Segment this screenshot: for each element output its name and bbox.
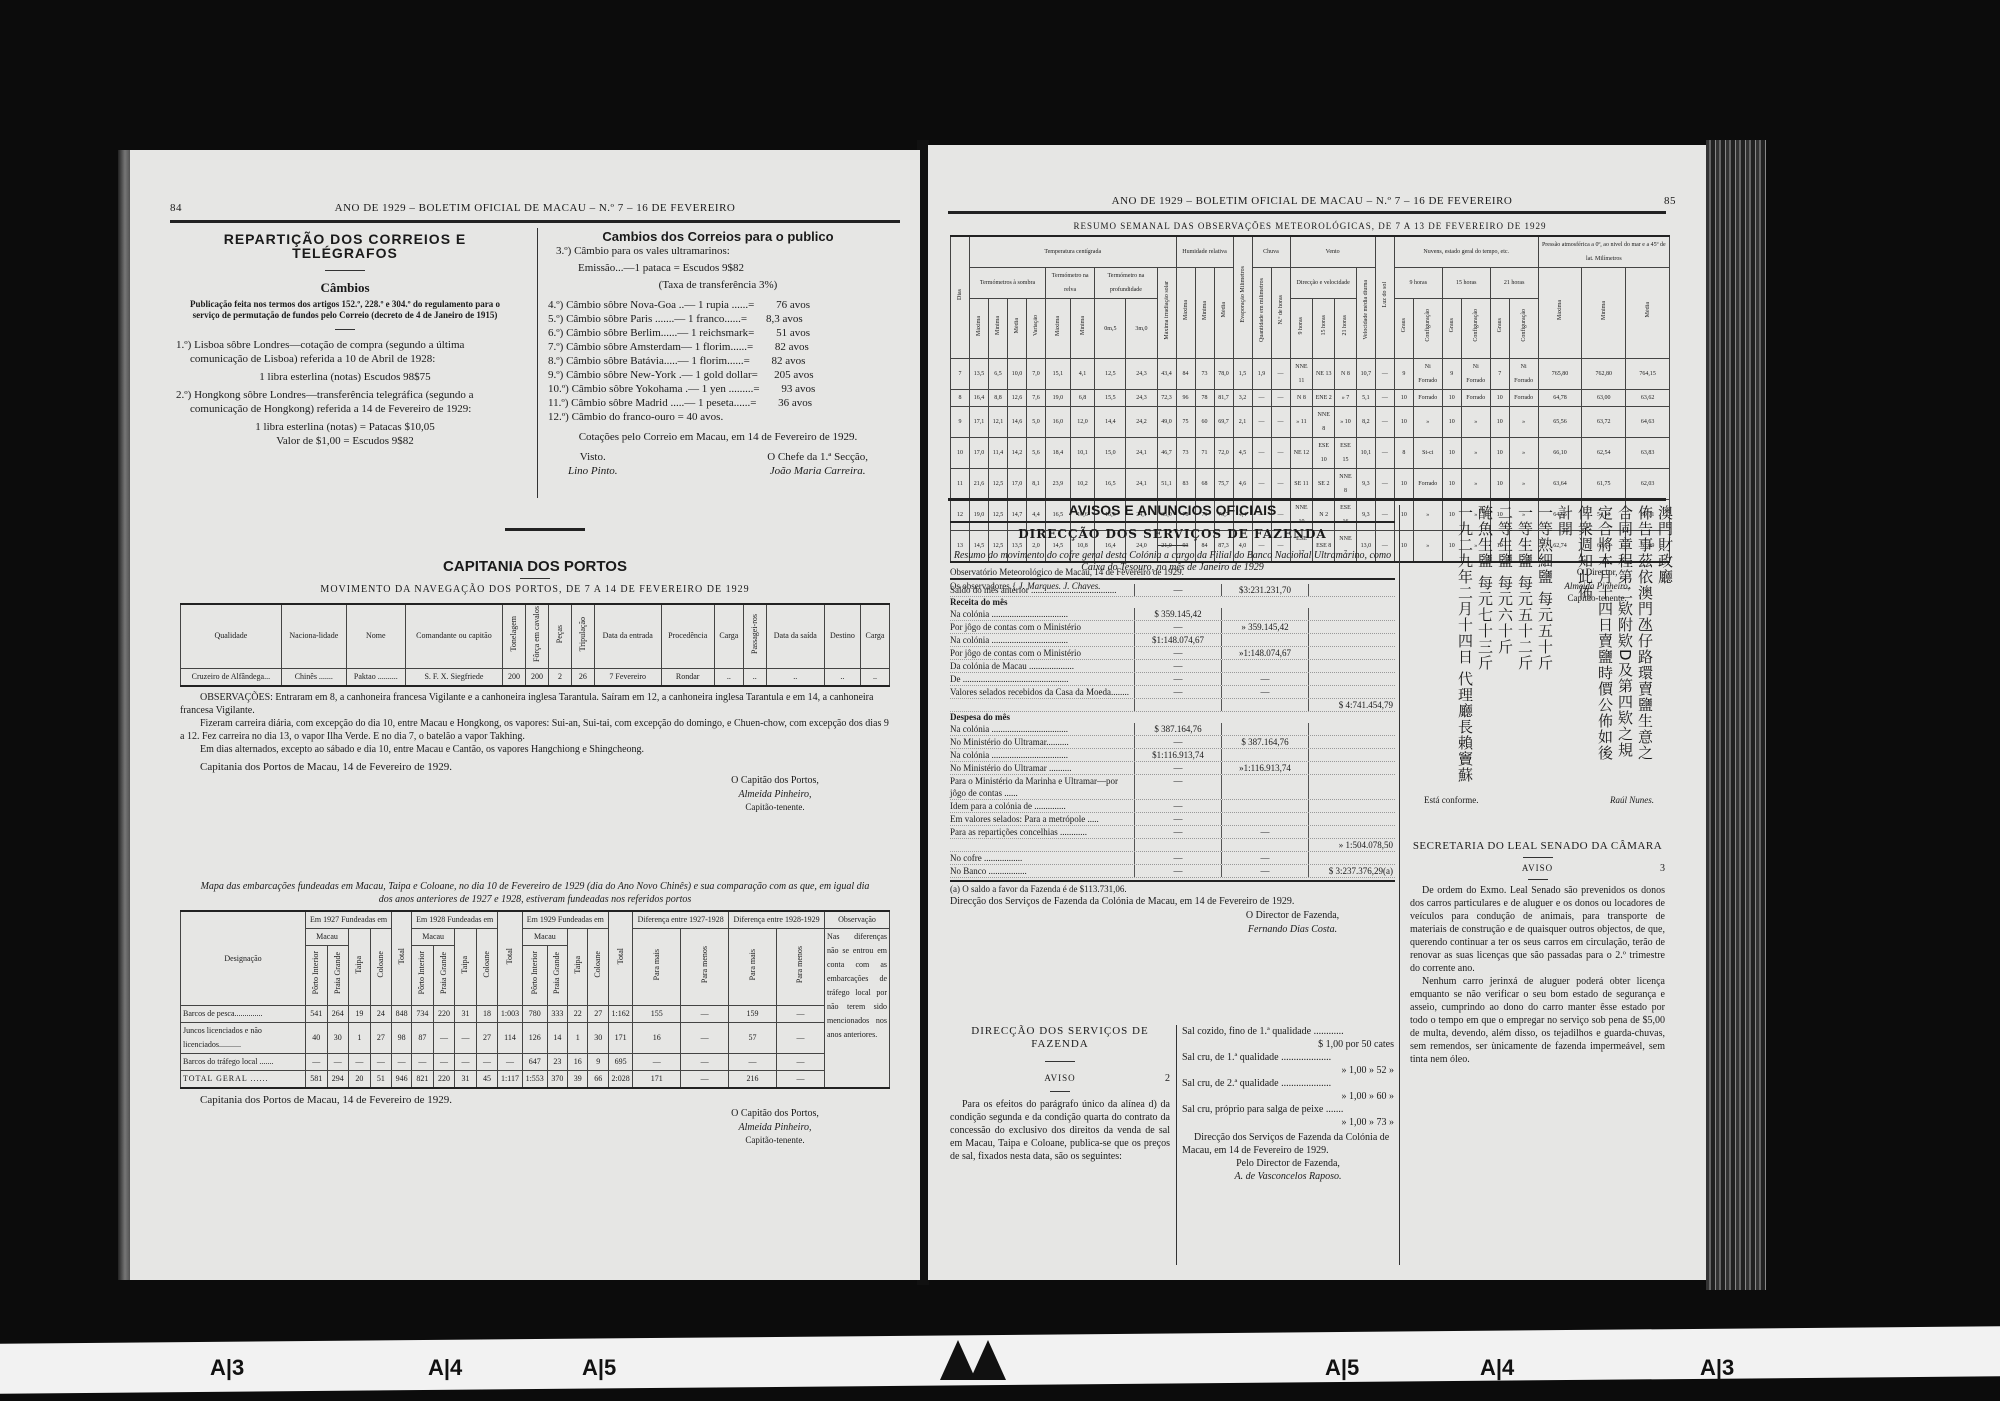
correios-intro: Publicação feita nos termos dos artigos … <box>190 299 500 321</box>
running-head-text: ANO DE 1929 – BOLETIM OFICIAL DE MACAU –… <box>1112 195 1513 207</box>
taxa: (Taxa de transferência 3%) <box>548 278 888 292</box>
left-page: 84 ANO DE 1929 – BOLETIM OFICIAL DE MACA… <box>130 150 920 1280</box>
page-number: 85 <box>1664 195 1676 207</box>
mapa-signature: O Capitão dos Portos,Almeida Pinheiro,Ca… <box>660 1107 890 1146</box>
table-row: Barcos de pesca..............54126419248… <box>181 1006 890 1023</box>
ledger-row: Na colónia .............................… <box>950 723 1395 736</box>
film-mark: A|3 <box>1700 1355 1734 1381</box>
senado-title: SECRETARIA DO LEAL SENADO DA CÂMARA <box>1410 840 1665 853</box>
table-row: 917,112,114,65,016,012,014,424,249,07560… <box>951 407 1670 438</box>
item-12: 12.º) Câmbio do franco-ouro = 40 avos. <box>548 410 888 424</box>
film-mark: A|3 <box>210 1355 244 1381</box>
ledger-row: No Ministério do Ultramar ..........—»1:… <box>950 762 1395 775</box>
item-3: 3.º) Câmbio para os vales ultramarinos: <box>556 244 888 258</box>
section-rule <box>948 498 1666 501</box>
chinese-column: 澳門財政廳 <box>1656 505 1674 795</box>
chinese-column: 二等生鹽 每元六十斤 <box>1496 505 1514 795</box>
chinese-column: 一等生鹽 每元五十二斤 <box>1516 505 1534 795</box>
column-divider <box>1176 1025 1177 1265</box>
chinese-column: 定合將本月十四日賣鹽時價公佈如後 <box>1596 505 1614 795</box>
page-number: 84 <box>170 202 182 214</box>
sal-prices: Sal cozido, fino de 1.ª qualidade ......… <box>1182 1025 1394 1183</box>
section-divider <box>505 528 585 531</box>
ledger-row: No Ministério do Ultramar..........—$ 38… <box>950 736 1395 749</box>
rate-row: 7.º) Câmbio sôbre Amsterdam— 1 florim...… <box>548 340 888 354</box>
item-2-value-1: 1 libra esterlina (notas) = Patacas $10,… <box>170 420 520 434</box>
chinese-column: 俾衆週知此佈 <box>1576 505 1594 795</box>
ledger-row: Para as repartições concelhias .........… <box>950 826 1395 839</box>
correios-section: REPARTIÇÃO DOS CORREIOS E TELÉGRAFOS Câm… <box>170 232 520 448</box>
right-page: ANO DE 1929 – BOLETIM OFICIAL DE MACAU –… <box>928 145 1706 1280</box>
cambios-subtitle: Câmbios <box>170 281 520 295</box>
header-rule <box>948 211 1666 214</box>
receita-label: Receita do mês <box>950 597 1395 608</box>
chinese-column: 合同章程第二欵附欵D及第四欵之規 <box>1616 505 1634 795</box>
capitania-signature: O Capitão dos Portos,Almeida Pinheiro,Ca… <box>660 774 890 813</box>
fazenda-ledger: Saldo do mês anterior ..................… <box>950 584 1395 878</box>
table-row: Juncos licenciados e não licenciados....… <box>181 1023 890 1054</box>
ledger-row: De .....................................… <box>950 673 1395 686</box>
ledger-row: Na colónia .............................… <box>950 634 1395 647</box>
emissao: Emissão...—1 pataca = Escudos 9$82 <box>578 261 888 275</box>
table-row: 1121,612,517,08,123,910,216,524,151,1836… <box>951 469 1670 500</box>
senado-paragraph-2: Nenhum carro jerinxá de aluguer poderá o… <box>1410 975 1665 1066</box>
ledger-row: Da colónia de Macau ....................… <box>950 660 1395 673</box>
rate-row: 9.º) Câmbio sôbre New-York .— 1 gold dol… <box>548 368 888 382</box>
film-mark: A|5 <box>582 1355 616 1381</box>
table-row-total: TOTAL GERAL ......5812942051946821220314… <box>181 1071 890 1089</box>
fazenda-subtitle: Resumo do movimento do cofre geral desta… <box>950 550 1395 574</box>
rate-row: 8.º) Câmbio sôbre Batávia.....— 1 florim… <box>548 354 888 368</box>
rates-list: 4.º) Câmbio sôbre Nova-Goa ..— 1 rupia .… <box>548 298 888 410</box>
capitania-section: CAPITANIA DOS PORTOS MOVIMENTO DA NAVEGA… <box>180 560 890 813</box>
header-rule <box>170 220 900 223</box>
item-2-value-2: Valor de $1,00 = Escudos 9$82 <box>170 434 520 448</box>
observacao-text: Nas diferenças não se entrou em conta co… <box>825 929 890 1089</box>
raul-nunes: Raúl Nunes. <box>1610 795 1654 805</box>
ledger-row: Na colónia .............................… <box>950 608 1395 621</box>
price-row: Sal cozido, fino de 1.ª qualidade ......… <box>1182 1025 1394 1051</box>
mapa-place-date: Capitania dos Portos de Macau, 14 de Fev… <box>200 1093 890 1107</box>
film-mark: A|4 <box>1480 1355 1514 1381</box>
observacoes-2: Fizeram carreira diária, com excepção do… <box>180 717 890 743</box>
film-mark: A|4 <box>428 1355 462 1381</box>
fazenda-place-date: Direcção dos Serviços de Fazenda da Coló… <box>950 895 1395 909</box>
cambios-publico-title: Cambios dos Correios para o publico <box>548 230 888 244</box>
mapa-caption: Mapa das embarcações fundeadas em Macau,… <box>180 880 890 906</box>
film-notch <box>970 1340 1006 1380</box>
mapa-table: Designação Em 1927 Fundeadas emTotal Em … <box>180 910 890 1089</box>
chinese-notice: 澳門財政廳佈告事茲依澳門氹仔路環賣鹽生意之合同章程第二欵附欵D及第四欵之規定合將… <box>1404 505 1674 835</box>
ledger-row: Valores selados recebidos da Casa da Moe… <box>950 686 1395 699</box>
fazenda-note: (a) O saldo a favor da Fazenda é de $113… <box>950 884 1395 895</box>
aviso-2-title: DIRECÇÃO DOS SERVIÇOS DE FAZENDA <box>950 1025 1170 1051</box>
table-row: 816,48,812,67,619,06,815,524,372,3967881… <box>951 390 1670 407</box>
rate-row: 11.º) Câmbio sôbre Madrid .....— 1 peset… <box>548 396 888 410</box>
item-1: 1.º) Lisboa sôbre Londres—cotação de com… <box>170 338 520 366</box>
capitania-subtitle: MOVIMENTO DA NAVEGAÇÃO DOS PORTOS, DE 7 … <box>180 583 890 597</box>
ledger-row: No cofre .................—— <box>950 852 1395 865</box>
ledger-row: Idem para a colónia de ..............— <box>950 800 1395 813</box>
observacoes-3: Em dias alternados, excepto ao sábado e … <box>180 743 890 756</box>
ledger-row: Para o Ministério da Marinha e Ultramar—… <box>950 775 1395 800</box>
capitania-title: CAPITANIA DOS PORTOS <box>180 560 890 574</box>
book-edge-right <box>1706 140 1766 1290</box>
running-head-left: 84 ANO DE 1929 – BOLETIM OFICIAL DE MACA… <box>170 202 900 214</box>
observacoes-1: OBSERVAÇÕES: Entraram em 8, a canhoneira… <box>180 691 890 717</box>
aviso-2-body: Para os efeitos do parágrafo único da al… <box>950 1098 1170 1163</box>
ledger-row: Na colónia .............................… <box>950 749 1395 762</box>
film-mark: A|5 <box>1325 1355 1359 1381</box>
cambios-place-date: Cotações pelo Correio em Macau, em 14 de… <box>548 430 888 444</box>
rate-row: 6.º) Câmbio sôbre Berlim......— 1 reichs… <box>548 326 888 340</box>
chinese-column: 一等熟細鹽 每元五十斤 <box>1536 505 1554 795</box>
meteo-title: RESUMO SEMANAL DAS OBSERVAÇÕES METEOROLÓ… <box>950 219 1670 233</box>
rate-row: 5.º) Câmbio sôbre Paris .......— 1 franc… <box>548 312 888 326</box>
chinese-column: 計開 <box>1556 505 1574 795</box>
table-row: 1017,011,414,25,618,410,115,024,146,7737… <box>951 438 1670 469</box>
price-row: Sal cru, próprio para salga de peixe ...… <box>1182 1103 1394 1129</box>
correios-title: REPARTIÇÃO DOS CORREIOS E TELÉGRAFOS <box>170 232 520 260</box>
column-divider <box>1399 505 1400 1265</box>
visto-block: Visto.Lino Pinto. <box>568 450 618 478</box>
price-row: Sal cru, de 2.ª qualidade ..............… <box>1182 1077 1394 1103</box>
aviso-2-section: DIRECÇÃO DOS SERVIÇOS DE FAZENDA AVISO2 … <box>950 1025 1170 1163</box>
chinese-column: 一九二九年二月十四日 代理廳長賴竇蘇 <box>1456 505 1474 795</box>
ledger-row: $ 4:741.454,79 <box>950 699 1395 712</box>
ledger-row: No Banco .................——$ 3:237.376,… <box>950 865 1395 878</box>
aviso-2-place-date: Direcção dos Serviços de Fazenda da Coló… <box>1182 1131 1394 1157</box>
mapa-section: Mapa das embarcações fundeadas em Macau,… <box>180 880 890 1146</box>
esta-conforme: Está conforme. <box>1424 795 1478 805</box>
chinese-column: 醃魚生鹽 每元七十三斤 <box>1476 505 1494 795</box>
chefe-block: O Chefe da 1.ª Secção,João Maria Carreir… <box>767 450 868 478</box>
item-2: 2.º) Hongkong sôbre Londres—transferênci… <box>170 388 520 416</box>
chinese-column: 佈告事茲依澳門氹仔路環賣鹽生意之 <box>1636 505 1654 795</box>
price-row: Sal cru, de 1.ª qualidade ..............… <box>1182 1051 1394 1077</box>
senado-paragraph-1: De ordem do Exmo. Leal Senado são preven… <box>1410 884 1665 975</box>
ledger-row: Por jôgo de contas com o Ministério—» 35… <box>950 621 1395 634</box>
avisos-title: AVISOS E ANUNCIOS OFICIAIS <box>950 503 1395 517</box>
ledger-row: Por jôgo de contas com o Ministério—»1:1… <box>950 647 1395 660</box>
cambios-publico-section: Cambios dos Correios para o publico 3.º)… <box>548 230 888 478</box>
ledger-row: » 1:504.078,50 <box>950 839 1395 852</box>
capitania-place-date: Capitania dos Portos de Macau, 14 de Fev… <box>200 760 890 774</box>
item-1-value: 1 libra esterlina (notas) Escudos 98$75 <box>170 370 520 384</box>
table-row: Cruzeiro de Alfândega...Chinês .......Pa… <box>181 668 890 686</box>
running-head-right: ANO DE 1929 – BOLETIM OFICIAL DE MACAU –… <box>948 195 1676 207</box>
rate-row: 10.º) Câmbio sôbre Yokohama .— 1 yen ...… <box>548 382 888 396</box>
running-head-text: ANO DE 1929 – BOLETIM OFICIAL DE MACAU –… <box>335 202 736 214</box>
fazenda-title: DIRECÇÃO DOS SERVIÇOS DE FAZENDA <box>950 527 1395 541</box>
navegacao-table: QualidadeNaciona-lidadeNomeComandante ou… <box>180 603 890 687</box>
ledger-row: Saldo do mês anterior ..................… <box>950 584 1395 597</box>
rate-row: 4.º) Câmbio sôbre Nova-Goa ..— 1 rupia .… <box>548 298 888 312</box>
aviso-2-signature: Pelo Director de Fazenda,A. de Vasconcel… <box>1182 1157 1394 1183</box>
fazenda-signature: O Director de Fazenda,Fernando Dias Cost… <box>1190 909 1395 937</box>
ledger-row: Em valores selados: Para a metrópole ...… <box>950 813 1395 826</box>
column-divider <box>537 228 538 498</box>
table-row: 713,56,510,07,015,14,112,524,343,4847378… <box>951 359 1670 390</box>
senado-section: SECRETARIA DO LEAL SENADO DA CÂMARA AVIS… <box>1410 840 1665 1066</box>
table-row: Barcos do tráfego local .......—————————… <box>181 1054 890 1071</box>
despesa-label: Despesa do mês <box>950 712 1395 723</box>
fazenda-section: AVISOS E ANUNCIOS OFICIAIS DIRECÇÃO DOS … <box>950 503 1395 937</box>
